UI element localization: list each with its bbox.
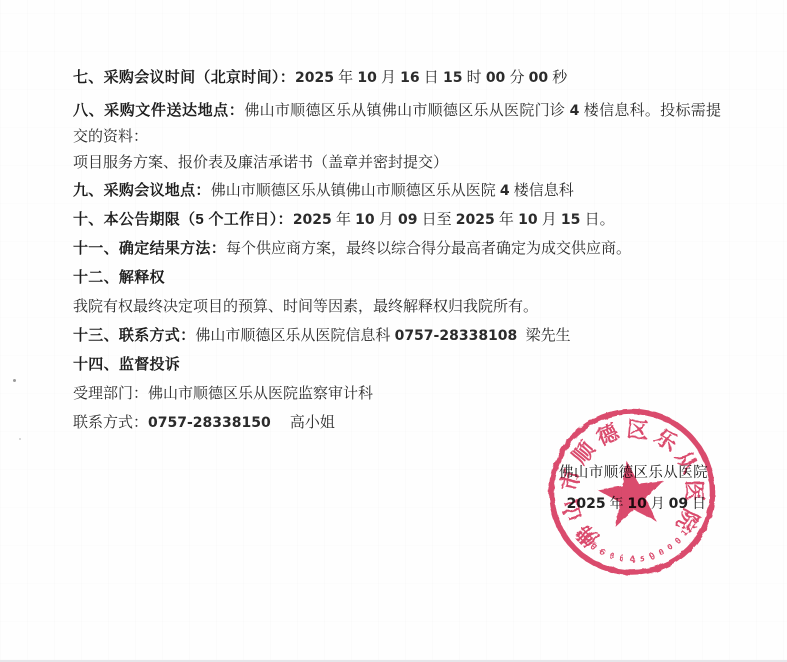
paragraph-text: 佛山市顺德区乐从医院信息科 0757-28338108 梁先生	[195, 327, 570, 344]
paragraph-heading: 十四、监督投诉	[73, 356, 180, 373]
svg-text:市: 市	[557, 467, 586, 493]
svg-text:医: 医	[681, 480, 706, 502]
document-paragraph: 七、采购会议时间（北京时间）：2025 年 10 月 16 日 15 时 00 …	[73, 64, 721, 92]
svg-text:6: 6	[618, 554, 625, 565]
paragraph-text: 2025 年 10 月 16 日 15 时 00 分 00 秒	[295, 69, 567, 86]
document-paragraph: 十一、确定结果方法：每个供应商方案，最终以综合得分最高者确定为成交供应商。	[73, 235, 721, 263]
svg-text:0: 0	[657, 548, 666, 559]
document-paragraph: 十四、监督投诉	[73, 351, 721, 379]
document-paragraph: 我院有权最终决定项目的预算、时间等因素，最终解释权归我院所有。	[73, 293, 721, 321]
svg-text:0: 0	[666, 542, 676, 553]
paragraph-heading: 八、采购文件送达地点：	[73, 102, 244, 119]
paragraph-text: 每个供应商方案，最终以综合得分最高者确定为成交供应商。	[226, 240, 631, 257]
paragraph-heading: 十二、解释权	[73, 269, 165, 286]
svg-text:院: 院	[671, 505, 703, 536]
paragraph-heading: 十三、联系方式：	[73, 327, 195, 344]
svg-text:从: 从	[670, 447, 703, 478]
document-paragraph: 九、采购会议地点：佛山市顺德区乐从镇佛山市顺德区乐从医院 4 楼信息科	[73, 177, 721, 205]
svg-text:0: 0	[673, 536, 684, 547]
paragraph-heading: 七、采购会议时间（北京时间）：	[73, 69, 295, 86]
paragraph-heading: 九、采购会议地点：	[73, 182, 211, 199]
official-seal-stamp: 佛山市顺德区乐从医院4406064500001	[546, 404, 718, 580]
paragraph-heading: 十、本公告期限（5 个工作日）：	[73, 211, 293, 228]
scanned-document-page: 七、采购会议时间（北京时间）：2025 年 10 月 16 日 15 时 00 …	[0, 0, 787, 662]
document-body: 七、采购会议时间（北京时间）：2025 年 10 月 16 日 15 时 00 …	[73, 64, 721, 438]
document-paragraph: 八、采购文件送达地点：佛山市顺德区乐从镇佛山市顺德区乐从医院门诊 4 楼信息科。…	[73, 98, 721, 176]
document-paragraph: 十二、解释权	[73, 264, 721, 292]
paragraph-heading: 十一、确定结果方法：	[73, 240, 226, 257]
svg-text:4: 4	[629, 555, 634, 565]
paragraph-text: 佛山市顺德区乐从镇佛山市顺德区乐从医院 4 楼信息科	[211, 182, 574, 199]
document-paragraph: 十三、联系方式：佛山市顺德区乐从医院信息科 0757-28338108 梁先生	[73, 322, 721, 350]
svg-text:乐: 乐	[650, 424, 682, 457]
scan-speck	[13, 379, 16, 382]
svg-text:5: 5	[639, 554, 646, 565]
paragraph-text: 我院有权最终决定项目的预算、时间等因素，最终解释权归我院所有。	[73, 298, 538, 315]
paragraph-text-line2: 项目服务方案、报价表及廉洁承诺书（盖章并密封提交）	[73, 150, 721, 176]
svg-text:0: 0	[608, 551, 616, 562]
red-star-icon	[598, 461, 664, 527]
svg-text:区: 区	[626, 417, 650, 444]
svg-text:山: 山	[558, 496, 588, 524]
scan-speck	[19, 438, 21, 440]
document-paragraph: 十、本公告期限（5 个工作日）：2025 年 10 月 09 日至 2025 年…	[73, 206, 721, 234]
svg-text:0: 0	[648, 551, 656, 562]
svg-text:6: 6	[598, 548, 607, 559]
paragraph-text: 受理部门：佛山市顺德区乐从医院监察审计科	[73, 385, 373, 402]
paragraph-text: 2025 年 10 月 09 日至 2025 年 10 月 15 日。	[293, 211, 615, 228]
svg-text:德: 德	[593, 419, 623, 452]
paragraph-text: 联系方式：0757-28338150 高小姐	[73, 414, 335, 431]
